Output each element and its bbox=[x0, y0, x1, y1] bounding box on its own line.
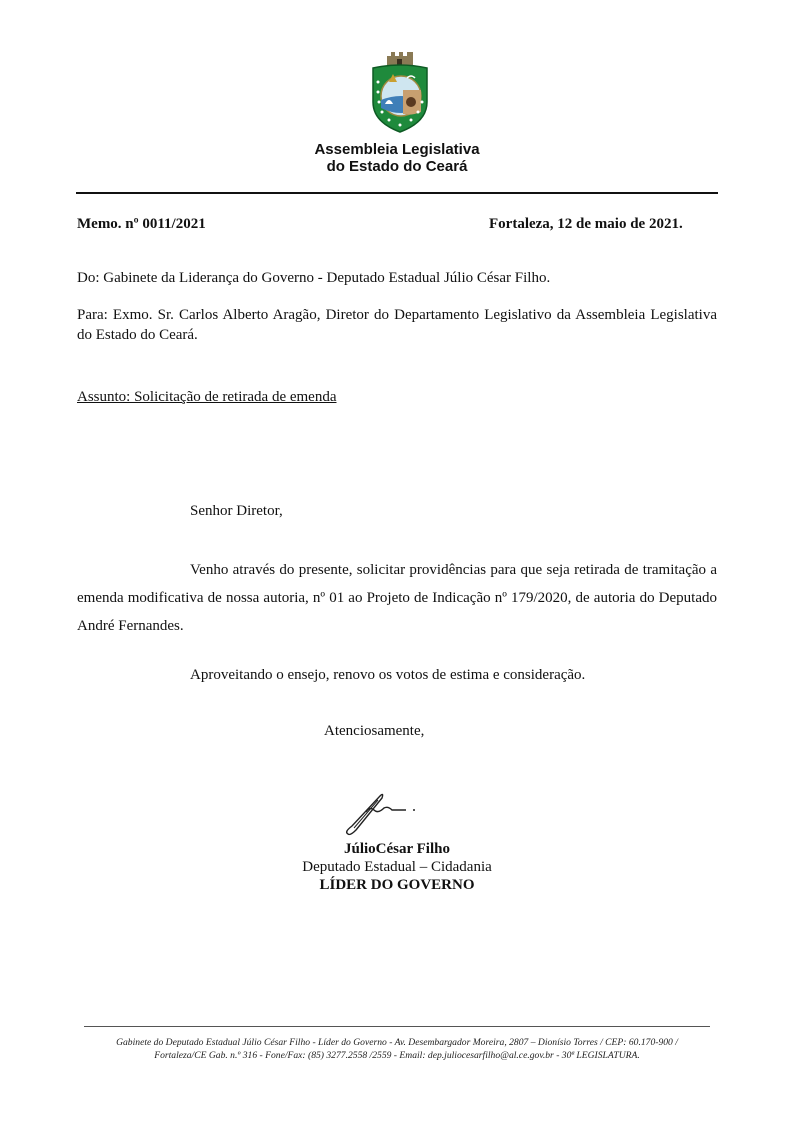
footer: Gabinete do Deputado Estadual Júlio Césa… bbox=[60, 1036, 734, 1062]
from-line: Do: Gabinete da Liderança do Governo - D… bbox=[77, 270, 550, 287]
footer-line-1: Gabinete do Deputado Estadual Júlio Césa… bbox=[60, 1036, 734, 1049]
ceara-coat-of-arms-icon bbox=[367, 52, 433, 134]
salutation: Senhor Diretor, bbox=[190, 503, 283, 520]
header-divider bbox=[76, 192, 718, 194]
memo-number: Memo. nº 0011/2021 bbox=[77, 216, 206, 233]
subject-line: Assunto: Solicitação de retirada de emen… bbox=[77, 389, 337, 406]
institution-name: Assembleia Legislativa do Estado do Cear… bbox=[200, 141, 594, 175]
signer-title: LÍDER DO GOVERNO bbox=[250, 876, 544, 894]
handwritten-signature-icon bbox=[340, 788, 435, 838]
signature-block: JúlioCésar Filho Deputado Estadual – Cid… bbox=[250, 840, 544, 894]
body-paragraph-2: Aproveitando o ensejo, renovo os votos d… bbox=[190, 667, 585, 684]
institution-line-2: do Estado do Ceará bbox=[200, 158, 594, 175]
footer-divider bbox=[84, 1026, 710, 1027]
closing: Atenciosamente, bbox=[324, 723, 424, 740]
place-and-date: Fortaleza, 12 de maio de 2021. bbox=[489, 216, 683, 233]
body-paragraph-1: Venho através do presente, solicitar pro… bbox=[77, 556, 717, 640]
signer-role: Deputado Estadual – Cidadania bbox=[250, 858, 544, 876]
to-line: Para: Exmo. Sr. Carlos Alberto Aragão, D… bbox=[77, 305, 717, 345]
signer-name: JúlioCésar Filho bbox=[250, 840, 544, 858]
footer-line-2: Fortaleza/CE Gab. n.º 316 - Fone/Fax: (8… bbox=[60, 1049, 734, 1062]
institution-line-1: Assembleia Legislativa bbox=[200, 141, 594, 158]
